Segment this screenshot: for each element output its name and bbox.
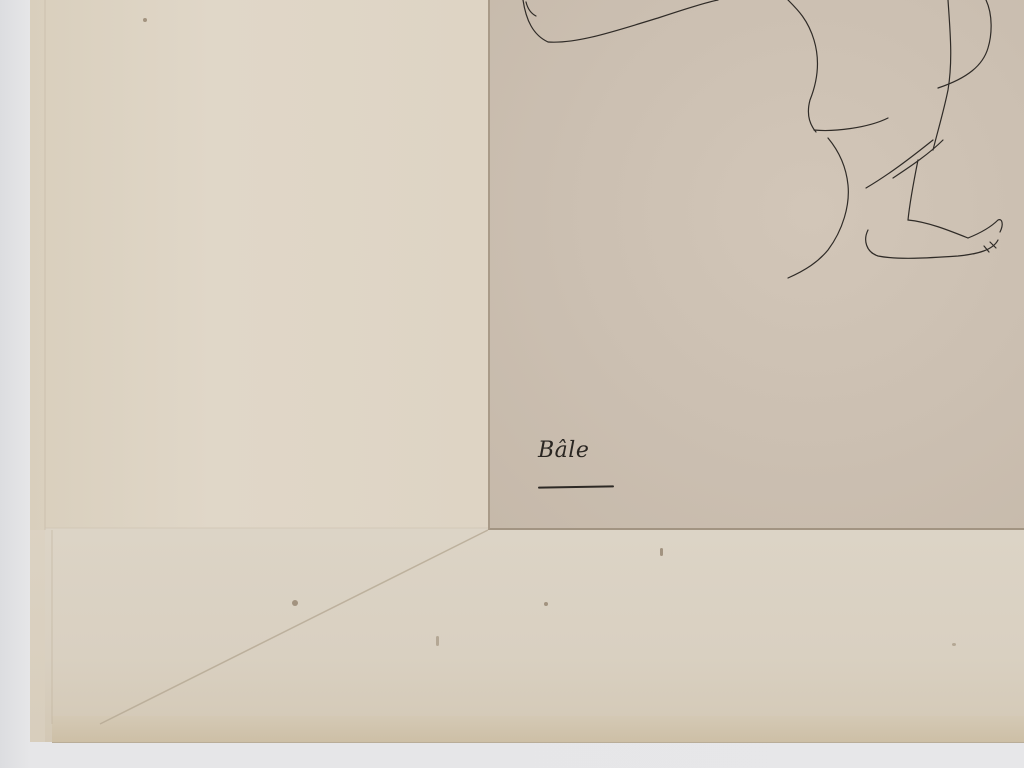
foxing-spot bbox=[292, 600, 298, 606]
foxing-spot bbox=[660, 548, 663, 556]
handwritten-inscription: Bâle bbox=[538, 438, 589, 463]
foxing-spot bbox=[143, 18, 147, 22]
mat-left-panel bbox=[30, 0, 488, 530]
mat-bottom-edge bbox=[52, 716, 1024, 743]
foxing-spot bbox=[436, 636, 439, 646]
foxing-spot bbox=[952, 643, 956, 646]
foxing-spot bbox=[544, 602, 548, 606]
mat-bottom-panel bbox=[45, 528, 1024, 742]
